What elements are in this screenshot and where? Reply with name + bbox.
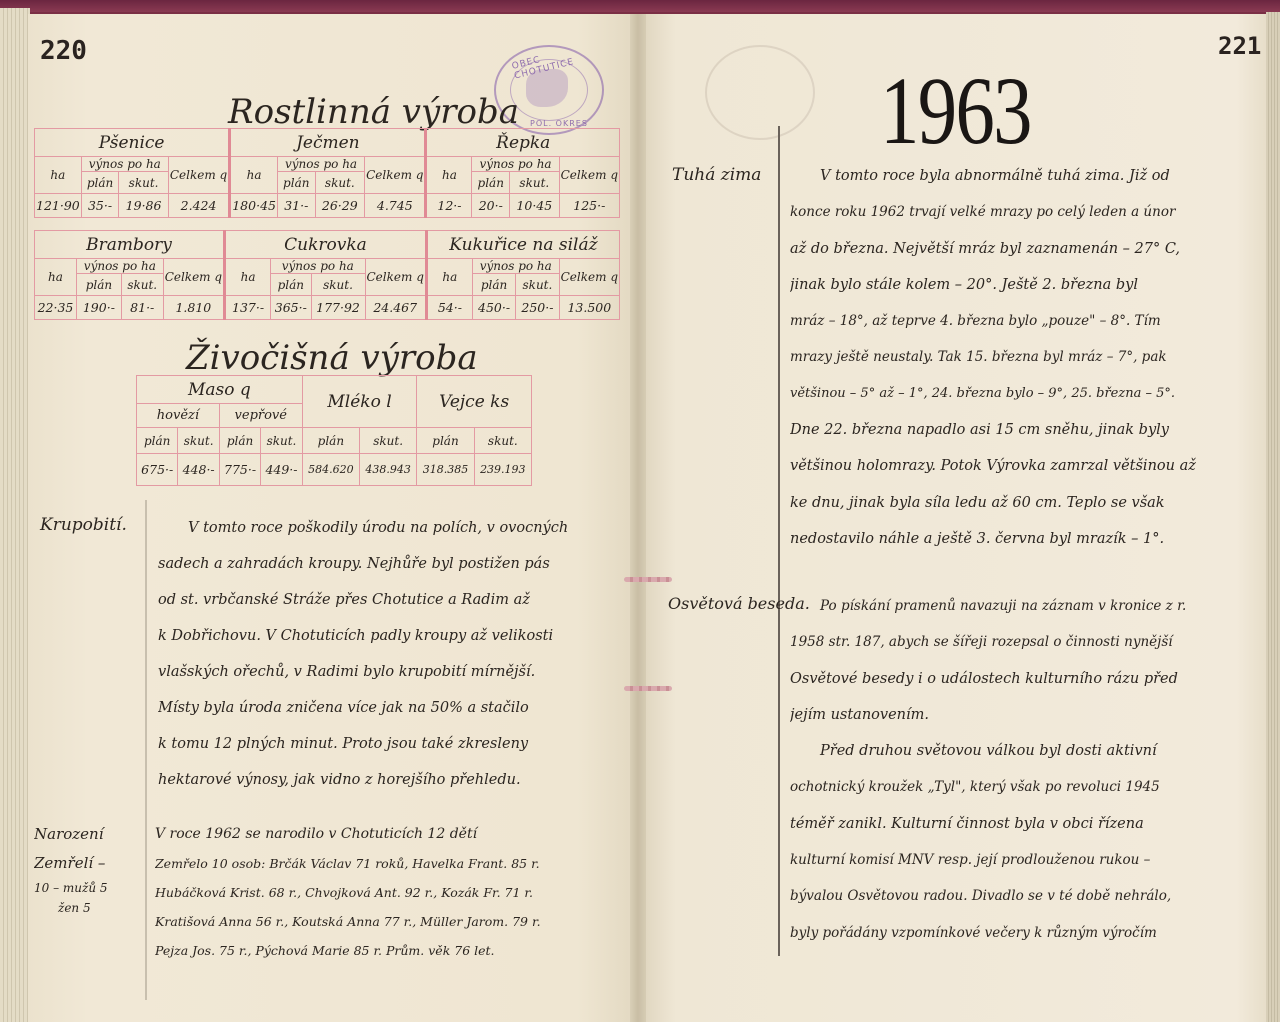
page-number-left: 220 (40, 36, 87, 66)
births-deaths-labels: Narození Zemřelí – 10 – mužů 5 žen 5 (34, 820, 144, 918)
header-actual: skut. (178, 428, 219, 454)
text-line: bývalou Osvětovou radou. Divadlo se v té… (790, 878, 1250, 914)
value-eggs-actual: 239.193 (474, 454, 531, 486)
binding-stitch (624, 686, 672, 691)
header-ha: ha (426, 259, 472, 296)
text-line: byly pořádány vzpomínkové večery k různý… (790, 915, 1250, 951)
value-actual: 177·92 (311, 296, 365, 320)
header-yield: výnos po ha (271, 259, 365, 274)
text-line: Po pískání pramenů navazuji na záznam v … (790, 588, 1250, 624)
text-line: od st. vrbčanské Stráže přes Chotutice a… (158, 582, 608, 618)
value-plan: 20·- (472, 194, 510, 218)
value-eggs-plan: 318.385 (417, 454, 474, 486)
header-plan: plán (219, 428, 260, 454)
header-actual: skut. (315, 172, 365, 194)
right-margin-rule (778, 126, 780, 956)
header-ha: ha (230, 157, 278, 194)
text-line: sadech a zahradách kroupy. Nejhůře byl p… (158, 546, 608, 582)
meat-header: Maso q (137, 376, 303, 404)
header-yield: výnos po ha (81, 157, 168, 172)
plant-production-table-1: Pšenice Ječmen Řepka ha výnos po ha Celk… (34, 128, 620, 218)
text-line: většinou – 5° až – 1°, 24. března bylo –… (790, 376, 1250, 412)
header-ha: ha (225, 259, 271, 296)
value-ha: 137·- (225, 296, 271, 320)
header-actual: skut. (510, 172, 560, 194)
header-yield: výnos po ha (277, 157, 364, 172)
text-line: Zemřelo 10 osob: Brčák Václav 71 roků, H… (155, 849, 610, 878)
culture-entry-text: Po pískání pramenů navazuji na záznam v … (790, 588, 1250, 951)
page-number-right: 221 (1218, 32, 1261, 60)
left-margin-rule (145, 500, 147, 1000)
crop-name: Brambory (35, 231, 225, 259)
header-plan: plán (472, 172, 510, 194)
winter-entry-text: V tomto roce byla abnormálně tuhá zima. … (790, 158, 1250, 557)
text-line: jejím ustanovením. (790, 697, 1250, 733)
header-plan: plán (271, 274, 311, 296)
crop-name: Kukuřice na siláž (426, 231, 619, 259)
text-line: téměř zanikl. Kulturní činnost byla v ob… (790, 806, 1250, 842)
milk-header: Mléko l (302, 376, 417, 428)
header-ha: ha (35, 157, 82, 194)
births-label: Narození (34, 820, 144, 849)
header-plan: plán (417, 428, 474, 454)
value-total: 2.424 (168, 194, 229, 218)
beef-header: hovězí (137, 404, 220, 428)
value-actual: 10·45 (510, 194, 560, 218)
header-plan: plán (277, 172, 315, 194)
header-ha: ha (35, 259, 77, 296)
winter-entry-label: Tuhá zima (672, 165, 761, 185)
value-actual: 19·86 (119, 194, 169, 218)
header-plan: plán (302, 428, 359, 454)
births-deaths-text: V roce 1962 se narodilo v Chotuticích 12… (155, 820, 610, 965)
value-pork-actual: 449·- (261, 454, 302, 486)
text-line: většinou holomrazy. Potok Výrovka zamrza… (790, 448, 1250, 484)
text-line: k Dobřichovu. V Chotuticích padly kroupy… (158, 618, 608, 654)
header-actual: skut. (261, 428, 302, 454)
text-line: mráz – 18°, až teprve 4. března bylo „po… (790, 303, 1250, 339)
value-actual: 81·- (121, 296, 163, 320)
page-edges-right (1266, 12, 1280, 1022)
header-actual: skut. (516, 274, 559, 296)
header-plan: plán (77, 274, 122, 296)
text-line: 1958 str. 187, abych se šířeji rozepsal … (790, 624, 1250, 660)
chronicle-book-spread: 220 OBEC CHOTUTICE POL. OKRES Rostlinná … (0, 0, 1280, 1022)
header-actual: skut. (121, 274, 163, 296)
value-ha: 22·35 (35, 296, 77, 320)
header-total: Celkem q (559, 259, 619, 296)
year-heading: 1963 (880, 55, 1031, 166)
text-line: Hubáčková Krist. 68 r., Chvojková Ant. 9… (155, 878, 610, 907)
header-total: Celkem q (168, 157, 229, 194)
header-total: Celkem q (365, 259, 426, 296)
crop-name: Ječmen (230, 129, 426, 157)
text-line: kulturní komisí MNV resp. její prodlouže… (790, 842, 1250, 878)
header-plan: plán (81, 172, 119, 194)
crop-name: Pšenice (35, 129, 230, 157)
value-plan: 365·- (271, 296, 311, 320)
value-ha: 12·- (426, 194, 472, 218)
value-plan: 190·- (77, 296, 122, 320)
header-yield: výnos po ha (77, 259, 164, 274)
header-actual: skut. (474, 428, 531, 454)
text-line: konce roku 1962 trvají velké mrazy po ce… (790, 194, 1250, 230)
value-total: 13.500 (559, 296, 619, 320)
text-line: k tomu 12 plných minut. Proto jsou také … (158, 726, 608, 762)
value-plan: 450·- (472, 296, 515, 320)
text-line: V tomto roce poškodily úrodu na polích, … (158, 510, 608, 546)
header-plan: plán (472, 274, 515, 296)
crop-name: Řepka (426, 129, 620, 157)
header-actual: skut. (311, 274, 365, 296)
header-total: Celkem q (365, 157, 426, 194)
value-pork-plan: 775·- (219, 454, 260, 486)
text-line: Před druhou světovou válkou byl dosti ak… (790, 733, 1250, 769)
text-line: až do března. Největší mráz byl zaznamen… (790, 231, 1250, 267)
deaths-women-count: žen 5 (34, 898, 144, 918)
text-line: ochotnický kroužek „Tyl", který však po … (790, 769, 1250, 805)
culture-entry-label: Osvětová beseda. (668, 594, 810, 613)
binding-stitch (624, 577, 672, 582)
eggs-header: Vejce ks (417, 376, 532, 428)
plant-production-table-2: Brambory Cukrovka Kukuřice na siláž ha v… (34, 230, 620, 320)
value-ha: 121·90 (35, 194, 82, 218)
animal-production-table: Maso q Mléko l Vejce ks hovězí vepřové p… (136, 375, 532, 486)
value-beef-actual: 448·- (178, 454, 219, 486)
cover-top-edge (0, 0, 1280, 12)
crop-name: Cukrovka (225, 231, 427, 259)
value-total: 24.467 (365, 296, 426, 320)
bleed-through-stamp (705, 45, 815, 140)
value-total: 4.745 (365, 194, 426, 218)
value-plan: 31·- (277, 194, 315, 218)
text-line: ke dnu, jinak byla síla ledu až 60 cm. T… (790, 485, 1250, 521)
book-gutter (630, 14, 646, 1022)
value-milk-plan: 584.620 (302, 454, 359, 486)
header-yield: výnos po ha (472, 259, 559, 274)
header-total: Celkem q (163, 259, 224, 296)
animal-production-title: Živočišná výroba (186, 338, 478, 378)
header-plan: plán (137, 428, 178, 454)
value-milk-actual: 438.943 (360, 454, 417, 486)
text-line: Místy byla úroda zničena více jak na 50%… (158, 690, 608, 726)
header-actual: skut. (119, 172, 169, 194)
stamp-bottom-text: POL. OKRES (530, 119, 588, 128)
page-edges-left (0, 8, 30, 1022)
deaths-men-count: 10 – mužů 5 (34, 878, 144, 898)
text-line: Pejza Jos. 75 r., Pýchová Marie 85 r. Pr… (155, 936, 610, 965)
text-line: nedostavilo náhle a ještě 3. června byl … (790, 521, 1250, 557)
text-line: vlašských ořechů, v Radimi bylo krupobit… (158, 654, 608, 690)
pork-header: vepřové (219, 404, 302, 428)
header-total: Celkem q (559, 157, 619, 194)
hail-entry-label: Krupobití. (40, 515, 127, 535)
header-yield: výnos po ha (472, 157, 559, 172)
text-line: Kratišová Anna 56 r., Koutská Anna 77 r.… (155, 907, 610, 936)
text-line: jinak bylo stále kolem – 20°. Ještě 2. b… (790, 267, 1250, 303)
value-plan: 35·- (81, 194, 119, 218)
deaths-label: Zemřelí – (34, 849, 144, 878)
header-actual: skut. (360, 428, 417, 454)
value-actual: 26·29 (315, 194, 365, 218)
text-line: hektarové výnosy, jak vidno z horejšího … (158, 762, 608, 798)
text-line: V tomto roce byla abnormálně tuhá zima. … (790, 158, 1250, 194)
text-line: V roce 1962 se narodilo v Chotuticích 12… (155, 820, 610, 849)
hail-entry-text: V tomto roce poškodily úrodu na polích, … (158, 510, 608, 798)
value-ha: 54·- (426, 296, 472, 320)
text-line: mrazy ještě neustaly. Tak 15. března byl… (790, 339, 1250, 375)
value-ha: 180·45 (230, 194, 278, 218)
value-actual: 250·- (516, 296, 559, 320)
value-beef-plan: 675·- (137, 454, 178, 486)
value-total: 125·- (559, 194, 619, 218)
plant-production-title: Rostlinná výroba (228, 92, 519, 132)
value-total: 1.810 (163, 296, 224, 320)
text-line: Osvětové besedy i o událostech kulturníh… (790, 661, 1250, 697)
text-line: Dne 22. března napadlo asi 15 cm sněhu, … (790, 412, 1250, 448)
header-ha: ha (426, 157, 472, 194)
